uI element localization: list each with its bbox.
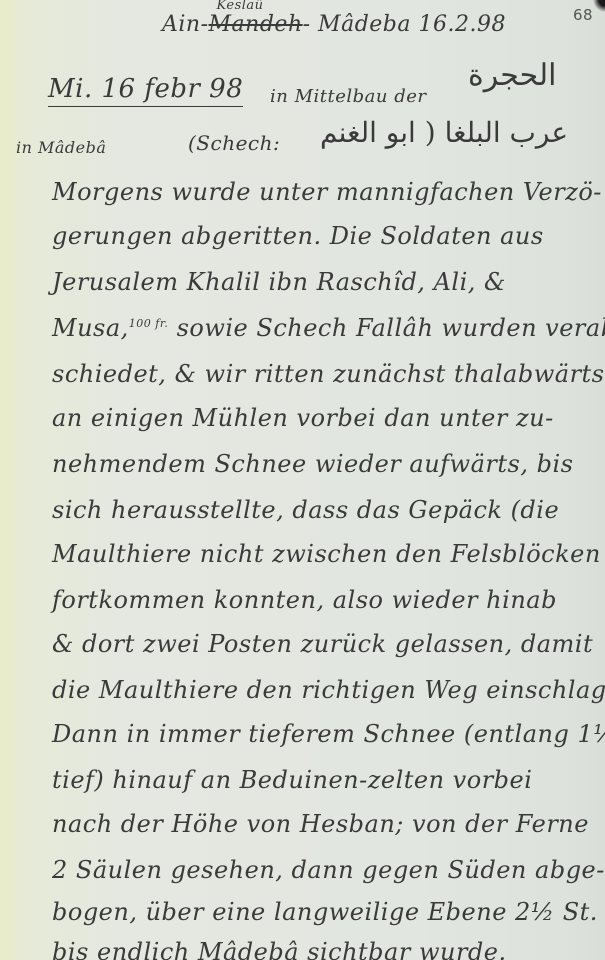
body-line: tief) hinauf an Beduinen-zelten vorbei	[52, 766, 532, 794]
body-line: & dort zwei Posten zurück gelassen, dami…	[52, 630, 593, 658]
body-line: Maulthiere nicht zwischen den Felsblöcke…	[52, 540, 601, 568]
body-line: gerungen abgeritten. Die Soldaten aus	[52, 222, 544, 250]
schech-label: (Schech:	[188, 131, 280, 155]
header-suffix: - Mâdeba 16.2.98	[303, 12, 506, 37]
notebook-page: 68 Ain-MandehKeslaû- Mâdeba 16.2.98 Mi. …	[0, 0, 605, 960]
body-line: an einigen Mühlen vorbei dan unter zu-	[52, 404, 554, 432]
header-prefix: Ain-	[162, 12, 209, 37]
body-line: Dann in immer tieferem Schnee (entlang 1…	[52, 720, 605, 748]
entry-date: Mi. 16 febr 98	[48, 74, 243, 107]
body-line: Musa,100 fr. sowie Schech Fallâh wurden …	[52, 314, 605, 342]
arabic-text-1: الحجرة	[468, 58, 556, 93]
page-corner-shadow	[591, 0, 605, 14]
body-line: nach der Höhe von Hesban; von der Ferne	[52, 810, 589, 838]
header-struck-word: MandehKeslaû	[209, 12, 303, 37]
entry-location: in Mittelbau der	[270, 86, 426, 107]
header-inserted-word: Keslaû	[217, 0, 264, 13]
body-line: sich herausstellte, dass das Gepäck (die	[52, 496, 559, 524]
body-line: bis endlich Mâdebâ sichtbar wurde.	[52, 938, 507, 960]
body-line: Jerusalem Khalil ibn Raschîd, Ali, &	[52, 268, 506, 296]
margin-note: in Mâdebâ	[16, 138, 106, 157]
page-header: Ain-MandehKeslaû- Mâdeba 16.2.98	[162, 12, 506, 37]
body-line: fortkommen konnten, also wieder hinab	[52, 586, 557, 614]
body-line: Morgens wurde unter mannigfachen Verzö-	[52, 178, 602, 206]
body-line: 2 Säulen gesehen, dann gegen Süden abge-	[52, 856, 605, 884]
arabic-text-2: عرب البلغا ( ابو الغنم	[320, 116, 568, 149]
musa-superscript: 100 fr.	[129, 317, 169, 330]
body-line: nehmendem Schnee wieder aufwärts, bis	[52, 450, 573, 478]
page-number: 68	[573, 6, 593, 24]
body-line: die Maulthiere den richtigen Weg einschl…	[52, 676, 605, 704]
body-line: schiedet, & wir ritten zunächst thalabwä…	[52, 360, 605, 388]
body-line: bogen, über eine langweilige Ebene 2½ St…	[52, 898, 598, 926]
